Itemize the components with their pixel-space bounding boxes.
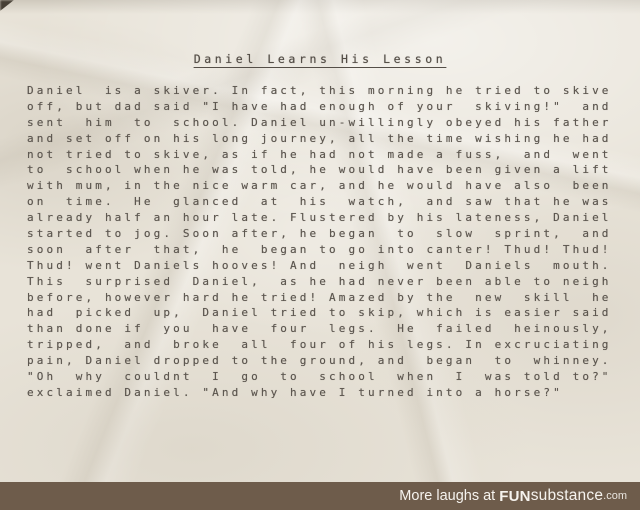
story-text: Daniel is a skiver. In fact, this mornin… [27,83,612,401]
story-line: already half an hour late. Flustered by … [27,210,612,226]
story-line: exclaimed Daniel. "And why have I turned… [27,385,612,401]
story-line: to school when he was told, he would hav… [27,162,612,178]
watermark-bar: More laughs at FUNsubstance.com [0,482,640,510]
watermark-domain-suffix: .com [603,490,627,502]
story-line: than done if you have four legs. He fail… [27,321,612,337]
story-line: on time. He glanced at his watch, and sa… [27,194,612,210]
story-line: and set off on his long journey, all the… [27,131,612,147]
story-line: had picked up, Daniel tried to skip, whi… [27,305,612,321]
story-line: sent him to school. Daniel un-willingly … [27,115,612,131]
story-line: This surprised Daniel, as he had never b… [27,274,612,290]
story-line: soon after that, he began to go into can… [27,242,612,258]
story-line: started to jog. Soon after, he began to … [27,226,612,242]
story-line: off, but dad said "I have had enough of … [27,99,612,115]
story-line: tripped, and broke all four of his legs.… [27,337,612,353]
story-line: before, however hard he tried! Amazed by… [27,290,612,306]
story-line: pain, Daniel dropped to the ground, and … [27,353,612,369]
page-title: Daniel Learns His Lesson [0,52,640,66]
watermark-brand-bold: FUN [499,488,530,505]
photo-corner-shadow [0,0,14,11]
story-line: not tried to skive, as if he had not mad… [27,147,612,163]
typed-paper-photo: Daniel Learns His Lesson Daniel is a ski… [0,0,640,510]
story-line: "Oh why couldnt I go to school when I wa… [27,369,612,385]
story-line: Thud! went Daniels hooves! And neigh wen… [27,258,612,274]
story-line: Daniel is a skiver. In fact, this mornin… [27,83,612,99]
story-line: with mum, in the nice warm car, and he w… [27,178,612,194]
watermark-prefix-text: More laughs at [399,488,499,504]
watermark-brand-rest: substance [531,487,603,505]
